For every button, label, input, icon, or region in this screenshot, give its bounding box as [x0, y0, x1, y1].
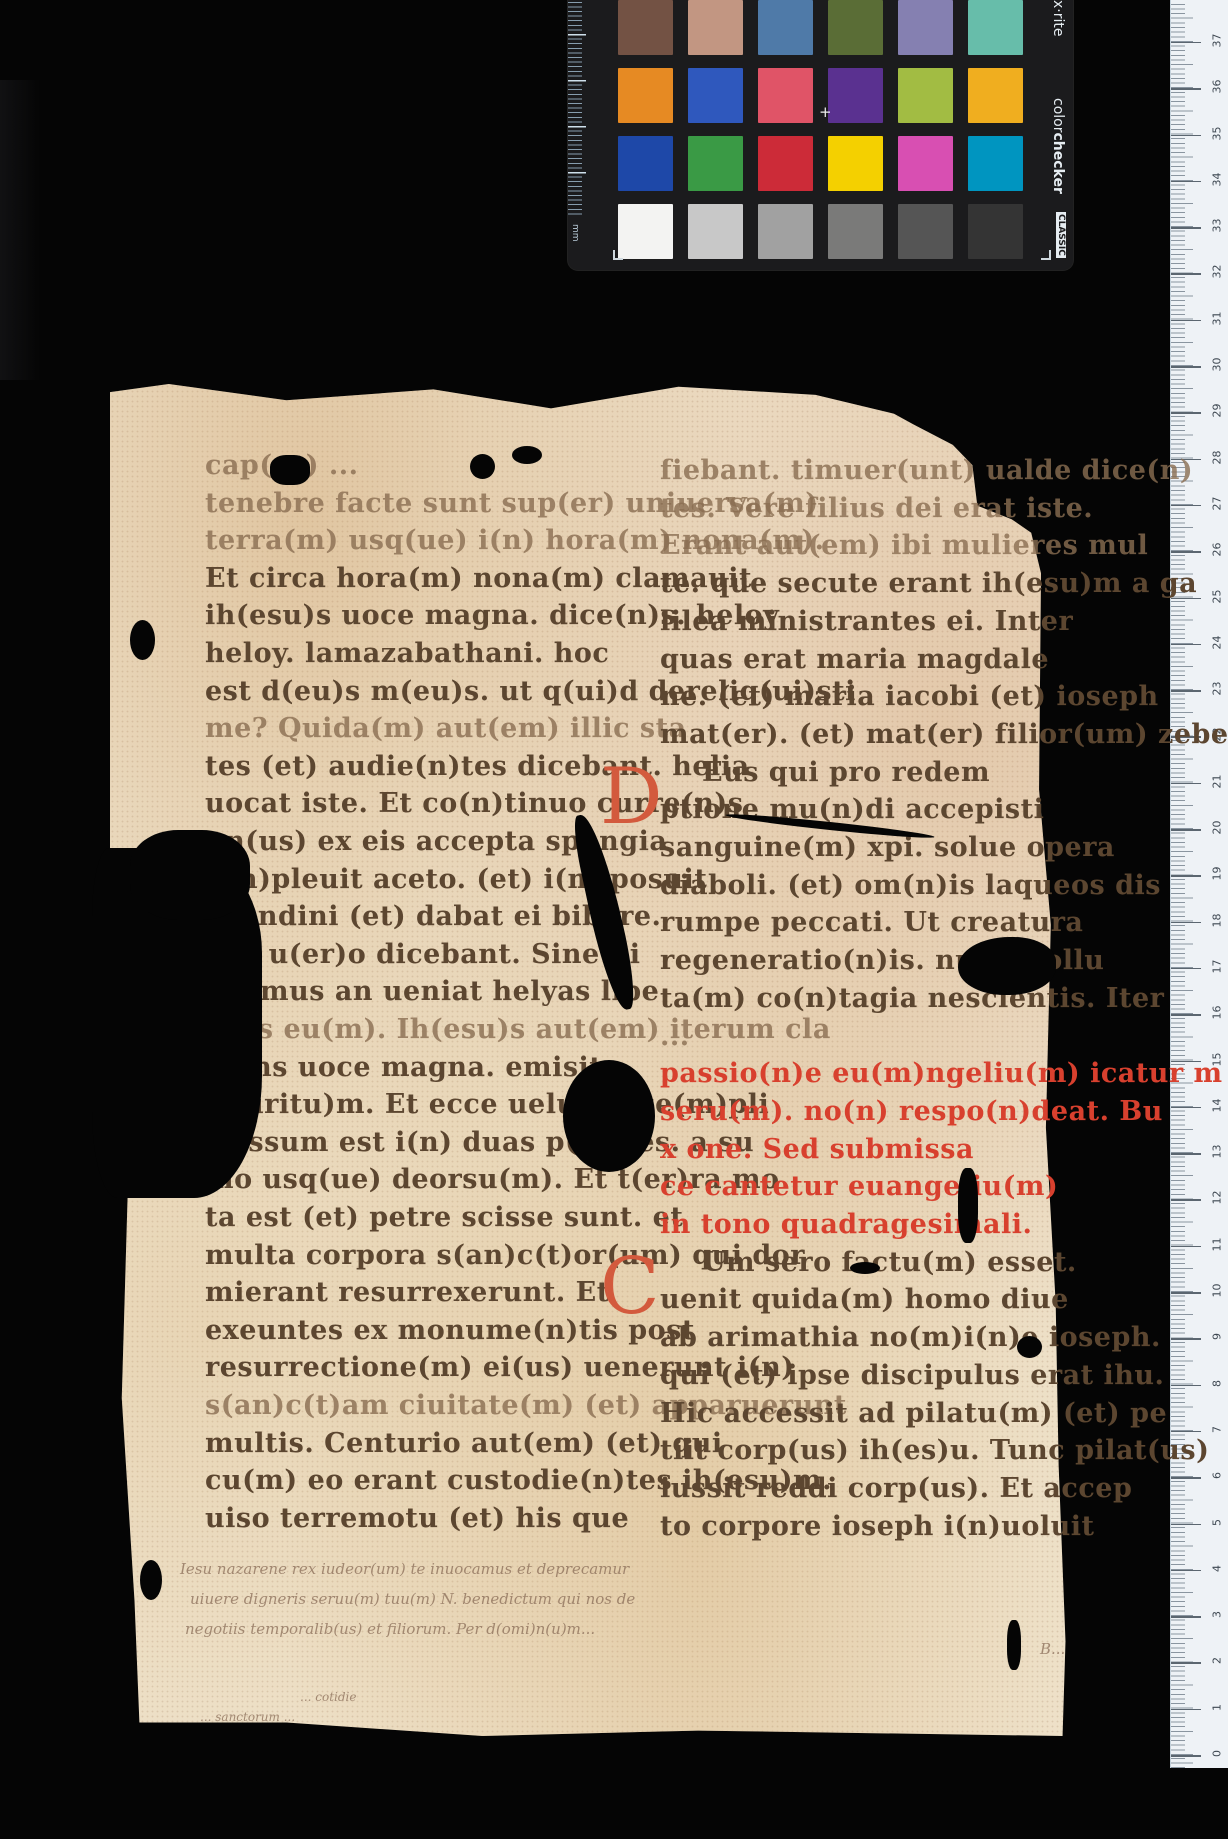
parchment-hole: [1017, 1336, 1042, 1358]
parchment-hole: [563, 1060, 655, 1172]
ruler-cm-label: 31: [1211, 308, 1224, 328]
color-patch-grid: #735244#c29682#4f7aa8#5a6d36#8580b1#67bd…: [618, 0, 1023, 259]
color-patch: #e68a23: [618, 68, 673, 123]
ruler-cm-tick: [1171, 551, 1201, 553]
ruler-cm-tick: [1171, 1477, 1201, 1479]
ruler-cm-label: 20: [1211, 818, 1224, 838]
ruler-cm-label: 5: [1211, 1512, 1224, 1532]
ruler-half-cm-ticks: [1171, 0, 1193, 1768]
ruler-cm-tick: [1171, 320, 1201, 322]
ruler-cm-tick: [1171, 644, 1201, 646]
manuscript-line: seru(m). no(n) respo(n)deat. Bu: [660, 1098, 1163, 1125]
ruler-cm-label: 6: [1211, 1466, 1224, 1486]
ruler-cm-label: 17: [1211, 956, 1224, 976]
color-patch: #c29682: [688, 0, 743, 55]
ruler-cm-tick: [1171, 1199, 1201, 1201]
color-patch: #2f58bd: [688, 68, 743, 123]
manuscript-line: Hic accessit ad pilatu(m) (et) pe: [660, 1400, 1167, 1427]
manuscript-line: fiebant. timuer(unt) ualde dice(n): [660, 457, 1193, 484]
ruler-cm-tick: [1171, 227, 1201, 229]
color-checker-card: mm #735244#c29682#4f7aa8#5a6d36#8580b1#6…: [568, 0, 1073, 270]
edition-badge: CLASSIC: [1056, 212, 1066, 258]
manuscript-line: rans eu(m). Ih(esu)s aut(em) iterum cla: [205, 1016, 831, 1043]
marginal-note: uiuere digneris seruu(m) tuu(m) N. bened…: [190, 1590, 635, 1608]
parchment-hole: [1007, 1620, 1021, 1670]
manuscript-line: lilea ministrantes ei. Inter: [660, 608, 1073, 635]
manuscript-line: ptione mu(n)di accepisti: [660, 796, 1044, 823]
parchment-hole: [512, 446, 542, 464]
ruler-cm-label: 1: [1211, 1697, 1224, 1717]
ruler-cm-label: 19: [1211, 864, 1224, 884]
mm-scale-label: mm: [570, 224, 580, 242]
parchment-hole: [130, 620, 155, 660]
marginal-note: negotiis temporalib(us) et filiorum. Per…: [185, 1620, 595, 1638]
corner-mark-icon: [1041, 250, 1051, 260]
ruler-cm-label: 32: [1211, 262, 1224, 282]
ruler-cm-label: 33: [1211, 216, 1224, 236]
manuscript-line: tes. Vere filius dei erat iste.: [660, 495, 1093, 522]
parchment-hole: [270, 455, 310, 485]
background-sheen: [0, 80, 40, 380]
ruler-cm-label: 25: [1211, 586, 1224, 606]
ruler-cm-label: 30: [1211, 355, 1224, 375]
ruler-cm-tick: [1171, 1385, 1201, 1387]
parchment-hole: [130, 830, 250, 920]
color-patch: #f0ae1f: [968, 68, 1023, 123]
ruler-cm-label: 37: [1211, 30, 1224, 50]
ruler-cm-label: 13: [1211, 1142, 1224, 1162]
manuscript-line: iussit reddi corp(us). Et accep: [660, 1475, 1132, 1502]
manuscript-line: heloy. lamazabathani. hoc: [205, 640, 609, 667]
ruler-cm-tick: [1171, 968, 1201, 970]
ruler-cm-label: 0: [1211, 1744, 1224, 1764]
parchment-hole: [958, 1168, 978, 1243]
ruler-cm-label: 11: [1211, 1234, 1224, 1254]
crosshair-icon: +: [819, 105, 832, 120]
product-name: colorchecker: [1050, 98, 1066, 194]
manuscript-line: ne. (et) maria iacobi (et) ioseph: [660, 683, 1159, 710]
ruler-cm-tick: [1171, 181, 1201, 183]
ruler-cm-label: 14: [1211, 1095, 1224, 1115]
ruler-cm-label: 12: [1211, 1188, 1224, 1208]
color-patch: #8580b1: [898, 0, 953, 55]
ruler-cm-tick: [1171, 1014, 1201, 1016]
mm-scale-major-ticks: [568, 0, 586, 216]
ruler-cm-label: 24: [1211, 632, 1224, 652]
rubricated-initial-d: D: [600, 758, 663, 836]
ruler-cm-tick: [1171, 1431, 1201, 1433]
color-patch: #f4d000: [828, 136, 883, 191]
product-name-prefix: color: [1050, 98, 1066, 132]
manuscript-line: mat(er). (et) mat(er) filior(um) zebedei…: [660, 721, 1228, 748]
parchment-hole: [958, 937, 1056, 995]
color-patch: #735244: [618, 0, 673, 55]
ruler-cm-tick: [1171, 1662, 1201, 1664]
ruler-cm-tick: [1171, 412, 1201, 414]
manuscript-line: Erant aut(em) ibi mulieres mul: [660, 532, 1148, 559]
color-patch: #5a3190: [828, 68, 883, 123]
manuscript-line: ab arimathia no(m)i(n)e ioseph.: [660, 1324, 1161, 1351]
ruler-cm-label: 2: [1211, 1651, 1224, 1671]
ruler-cm-tick: [1171, 1616, 1201, 1618]
ruler-cm-label: 34: [1211, 169, 1224, 189]
manuscript-line: diaboli. (et) om(n)is laqueos dis: [660, 872, 1161, 899]
manuscript-line: Alii u(er)o dicebant. Sine ui: [205, 941, 641, 968]
ruler-cm-label: 3: [1211, 1605, 1224, 1625]
marginal-note: ... cotidie: [300, 1690, 356, 1704]
brand-logo: x·rite: [1050, 0, 1066, 36]
color-patch: #c8c8c8: [688, 204, 743, 259]
ruler-cm-tick: [1171, 505, 1201, 507]
ruler-cm-label: 26: [1211, 540, 1224, 560]
corner-mark-icon: [613, 250, 623, 260]
color-patch: #d84fb2: [898, 136, 953, 191]
ruler-cm-label: 16: [1211, 1003, 1224, 1023]
checker-branding: x·rite colorchecker CLASSIC: [1044, 0, 1070, 250]
color-patch: #a1a1a1: [758, 204, 813, 259]
ruler-cm-tick: [1171, 135, 1201, 137]
manuscript-line: Eus qui pro redem: [702, 759, 990, 786]
manuscript-line: ta est (et) petre scisse sunt. et: [205, 1204, 683, 1231]
marginal-note: Iesu nazarene rex iudeor(um) te inuocamu…: [180, 1560, 629, 1578]
rubricated-initial-c: C: [600, 1248, 660, 1326]
ruler-cm-tick: [1171, 875, 1201, 877]
color-patch: #4f7aa8: [758, 0, 813, 55]
color-patch: #7a7a79: [828, 204, 883, 259]
color-patch: #343434: [968, 204, 1023, 259]
manuscript-line: mans uoce magna. emisit: [205, 1054, 602, 1081]
color-patch: #a2bc43: [898, 68, 953, 123]
ruler-cm-tick: [1171, 1755, 1201, 1757]
color-patch: #cc2b38: [758, 136, 813, 191]
manuscript-line: mierant resurrexerunt. Et: [205, 1279, 610, 1306]
ruler-cm-tick: [1171, 42, 1201, 44]
manuscript-line: ce cantetur euangeliu(m): [660, 1173, 1058, 1200]
color-patch: #555555: [898, 204, 953, 259]
manuscript-line: multis. Centurio aut(em) (et) qui: [205, 1430, 723, 1457]
color-patch: #0095c0: [968, 136, 1023, 191]
ruler-cm-label: 21: [1211, 771, 1224, 791]
ruler-cm-tick: [1171, 1292, 1201, 1294]
cm-ruler: 0123456789101112131415161718192021222324…: [1170, 0, 1228, 1768]
color-patch: #e05467: [758, 68, 813, 123]
ruler-cm-tick: [1171, 690, 1201, 692]
ruler-cm-label: 18: [1211, 910, 1224, 930]
manuscript-line: uiso terremotu (et) his que: [205, 1505, 629, 1532]
manuscript-line: ...: [660, 1023, 690, 1050]
color-patch: #1e48a8: [618, 136, 673, 191]
manuscript-line: rumpe peccati. Ut creatura: [660, 909, 1083, 936]
color-patch: #3a9a45: [688, 136, 743, 191]
ruler-cm-label: 4: [1211, 1558, 1224, 1578]
manuscript-line: ta(m) co(n)tagia nescientis. Iter: [660, 985, 1164, 1012]
manuscript-line: deamus an ueniat helyas libe: [205, 978, 659, 1005]
ruler-cm-label: 8: [1211, 1373, 1224, 1393]
ruler-cm-tick: [1171, 88, 1201, 90]
ruler-cm-tick: [1171, 1570, 1201, 1572]
manuscript-line: tiit corp(us) ih(es)u. Tunc pilat(us): [660, 1437, 1209, 1464]
ruler-cm-label: 9: [1211, 1327, 1224, 1347]
ruler-cm-label: 36: [1211, 77, 1224, 97]
ruler-cm-tick: [1171, 273, 1201, 275]
marginal-note: B...: [1040, 1640, 1065, 1658]
ruler-cm-tick: [1171, 1709, 1201, 1711]
ruler-cm-tick: [1171, 1153, 1201, 1155]
manuscript-line: passio(n)e eu(m)ngeliu(m) icatur m: [660, 1060, 1223, 1087]
ruler-cm-tick: [1171, 829, 1201, 831]
manuscript-line: me? Quida(m) aut(em) illic sta: [205, 715, 687, 742]
ruler-cm-tick: [1171, 1338, 1201, 1340]
ruler-cm-label: 29: [1211, 401, 1224, 421]
ruler-cm-label: 7: [1211, 1419, 1224, 1439]
parchment-hole: [850, 1262, 880, 1274]
ruler-cm-label: 27: [1211, 493, 1224, 513]
manuscript-line: Um sero factu(m) esset.: [702, 1249, 1077, 1276]
marginal-note: ... sanctorum ...: [200, 1710, 295, 1724]
ruler-cm-tick: [1171, 1107, 1201, 1109]
product-name-bold: checker: [1050, 132, 1066, 193]
manuscript-line: to corpore ioseph i(n)uoluit: [660, 1513, 1095, 1540]
ruler-cm-label: 23: [1211, 679, 1224, 699]
manuscript-line: uenit quida(m) homo diue: [660, 1286, 1069, 1313]
ruler-cm-tick: [1171, 366, 1201, 368]
manuscript-line: x one. Sed submissa: [660, 1136, 974, 1163]
parchment-hole: [470, 454, 495, 479]
color-patch: #5a6d36: [828, 0, 883, 55]
manuscript-line: te. que secute erant ih(esu)m a ga: [660, 570, 1197, 597]
ruler-cm-label: 35: [1211, 123, 1224, 143]
ruler-cm-label: 28: [1211, 447, 1224, 467]
ruler-cm-tick: [1171, 1524, 1201, 1526]
manuscript-line: tes (et) audie(n)tes dicebant. helia: [205, 753, 750, 780]
ruler-cm-label: 10: [1211, 1281, 1224, 1301]
ruler-cm-tick: [1171, 922, 1201, 924]
ruler-cm-tick: [1171, 1246, 1201, 1248]
ruler-cm-tick: [1171, 783, 1201, 785]
parchment-hole: [140, 1560, 162, 1600]
manuscript-line: i(m)pleuit aceto. (et) i(m)posuit: [205, 866, 707, 893]
manuscript-line: sanguine(m) xpi. solue opera: [660, 834, 1115, 861]
manuscript-line: qui (et) ipse discipulus erat ihu.: [660, 1362, 1164, 1389]
color-patch: #f3f3f2: [618, 204, 673, 259]
manuscript-line: quas erat maria magdale: [660, 646, 1049, 673]
color-patch: #67bdaa: [968, 0, 1023, 55]
